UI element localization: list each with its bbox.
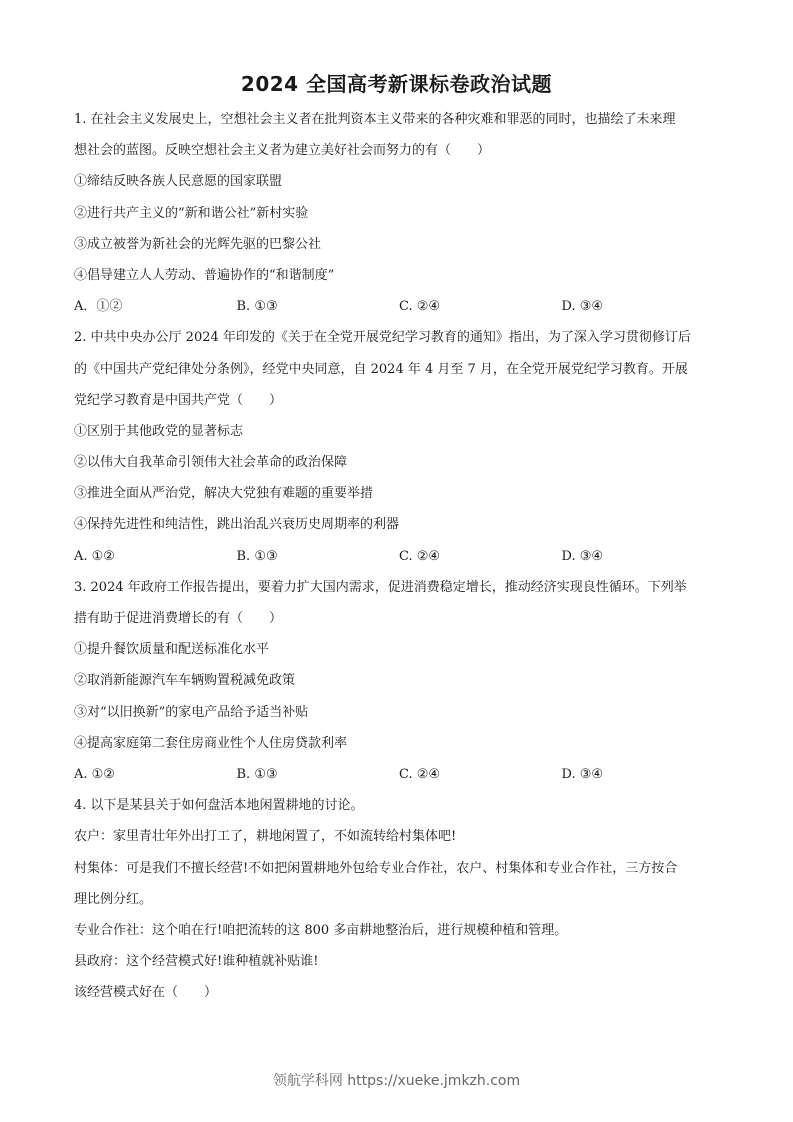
statement-item: ④倡导建立人人劳动、普遍协作的“和谐制度” [74, 260, 724, 291]
question-stem: 3. 2024 年政府工作报告提出，要着力扩大国内需求，促进消费稳定增长，推动经… [74, 572, 724, 603]
answer-options: A. ①② B. ①③ C. ②④ D. ③④ [74, 759, 724, 790]
question-prompt: 该经营模式好在（ ） [74, 977, 724, 1008]
option-d: D. ③④ [562, 291, 725, 322]
option-c: C. ②④ [399, 759, 562, 790]
option-d: D. ③④ [562, 759, 725, 790]
option-c: C. ②④ [399, 291, 562, 322]
statement-item: ③成立被誉为新社会的光辉先驱的巴黎公社 [74, 229, 724, 260]
option-a: A. ①② [74, 759, 237, 790]
statement-item: ①提升餐饮质量和配送标准化水平 [74, 634, 724, 665]
question-stem: 措有助于促进消费增长的有（ ） [74, 603, 724, 634]
dialogue-line: 县政府：这个经营模式好!谁种植就补贴谁! [74, 946, 724, 977]
statement-item: ②进行共产主义的“新和谐公社”新村实验 [74, 198, 724, 229]
statement-item: ①缔结反映各族人民意愿的国家联盟 [74, 166, 724, 197]
question-2: 2. 中共中央办公厅 2024 年印发的《关于在全党开展党纪学习教育的通知》指出… [74, 322, 724, 572]
question-stem: 4. 以下是某县关于如何盘活本地闲置耕地的讨论。 [74, 790, 724, 821]
question-list: 1. 在社会主义发展史上，空想社会主义者在批判资本主义带来的各种灾难和罪恶的同时… [74, 104, 724, 1008]
dialogue-line: 专业合作社：这个咱在行!咱把流转的这 800 多亩耕地整治后，进行规模种植和管理… [74, 915, 724, 946]
option-d: D. ③④ [562, 541, 725, 572]
answer-options: A．①② B. ①③ C. ②④ D. ③④ [74, 291, 724, 322]
statement-item: ②取消新能源汽车车辆购置税减免政策 [74, 665, 724, 696]
page-title: 2024 全国高考新课标卷政治试题 [0, 68, 793, 97]
question-stem: 1. 在社会主义发展史上，空想社会主义者在批判资本主义带来的各种灾难和罪恶的同时… [74, 104, 724, 135]
option-c: C. ②④ [399, 541, 562, 572]
option-b: B. ①③ [237, 291, 400, 322]
option-a: A. ①② [74, 541, 237, 572]
question-stem: 党纪学习教育是中国共产党（ ） [74, 385, 724, 416]
statement-item: ④保持先进性和纯洁性，跳出治乱兴衰历史周期率的利器 [74, 509, 724, 540]
answer-options: A. ①② B. ①③ C. ②④ D. ③④ [74, 541, 724, 572]
statement-item: ④提高家庭第二套住房商业性个人住房贷款利率 [74, 728, 724, 759]
option-b: B. ①③ [237, 759, 400, 790]
question-3: 3. 2024 年政府工作报告提出，要着力扩大国内需求，促进消费稳定增长，推动经… [74, 572, 724, 790]
watermark-footer: 领航学科网 https://xueke.jmkzh.com [0, 1070, 793, 1090]
question-1: 1. 在社会主义发展史上，空想社会主义者在批判资本主义带来的各种灾难和罪恶的同时… [74, 104, 724, 322]
statement-item: ③对“以旧换新”的家电产品给予适当补贴 [74, 697, 724, 728]
option-b: B. ①③ [237, 541, 400, 572]
dialogue-line: 村集体：可是我们不擅长经营!不如把闲置耕地外包给专业合作社，农户、村集体和专业合… [74, 853, 724, 884]
statement-item: ③推进全面从严治党，解决大党独有难题的重要举措 [74, 478, 724, 509]
dialogue-line: 农户：家里青壮年外出打工了，耕地闲置了，不如流转给村集体吧! [74, 821, 724, 852]
dialogue-line: 理比例分红。 [74, 884, 724, 915]
statement-item: ①区别于其他政党的显著标志 [74, 416, 724, 447]
question-4: 4. 以下是某县关于如何盘活本地闲置耕地的讨论。 农户：家里青壮年外出打工了，耕… [74, 790, 724, 1008]
question-stem: 想社会的蓝图。反映空想社会主义者为建立美好社会而努力的有（ ） [74, 135, 724, 166]
question-stem: 的《中国共产党纪律处分条例》，经党中央同意，自 2024 年 4 月至 7 月，… [74, 354, 724, 385]
statement-item: ②以伟大自我革命引领伟大社会革命的政治保障 [74, 447, 724, 478]
option-a: A．①② [74, 291, 237, 322]
question-stem: 2. 中共中央办公厅 2024 年印发的《关于在全党开展党纪学习教育的通知》指出… [74, 322, 724, 353]
